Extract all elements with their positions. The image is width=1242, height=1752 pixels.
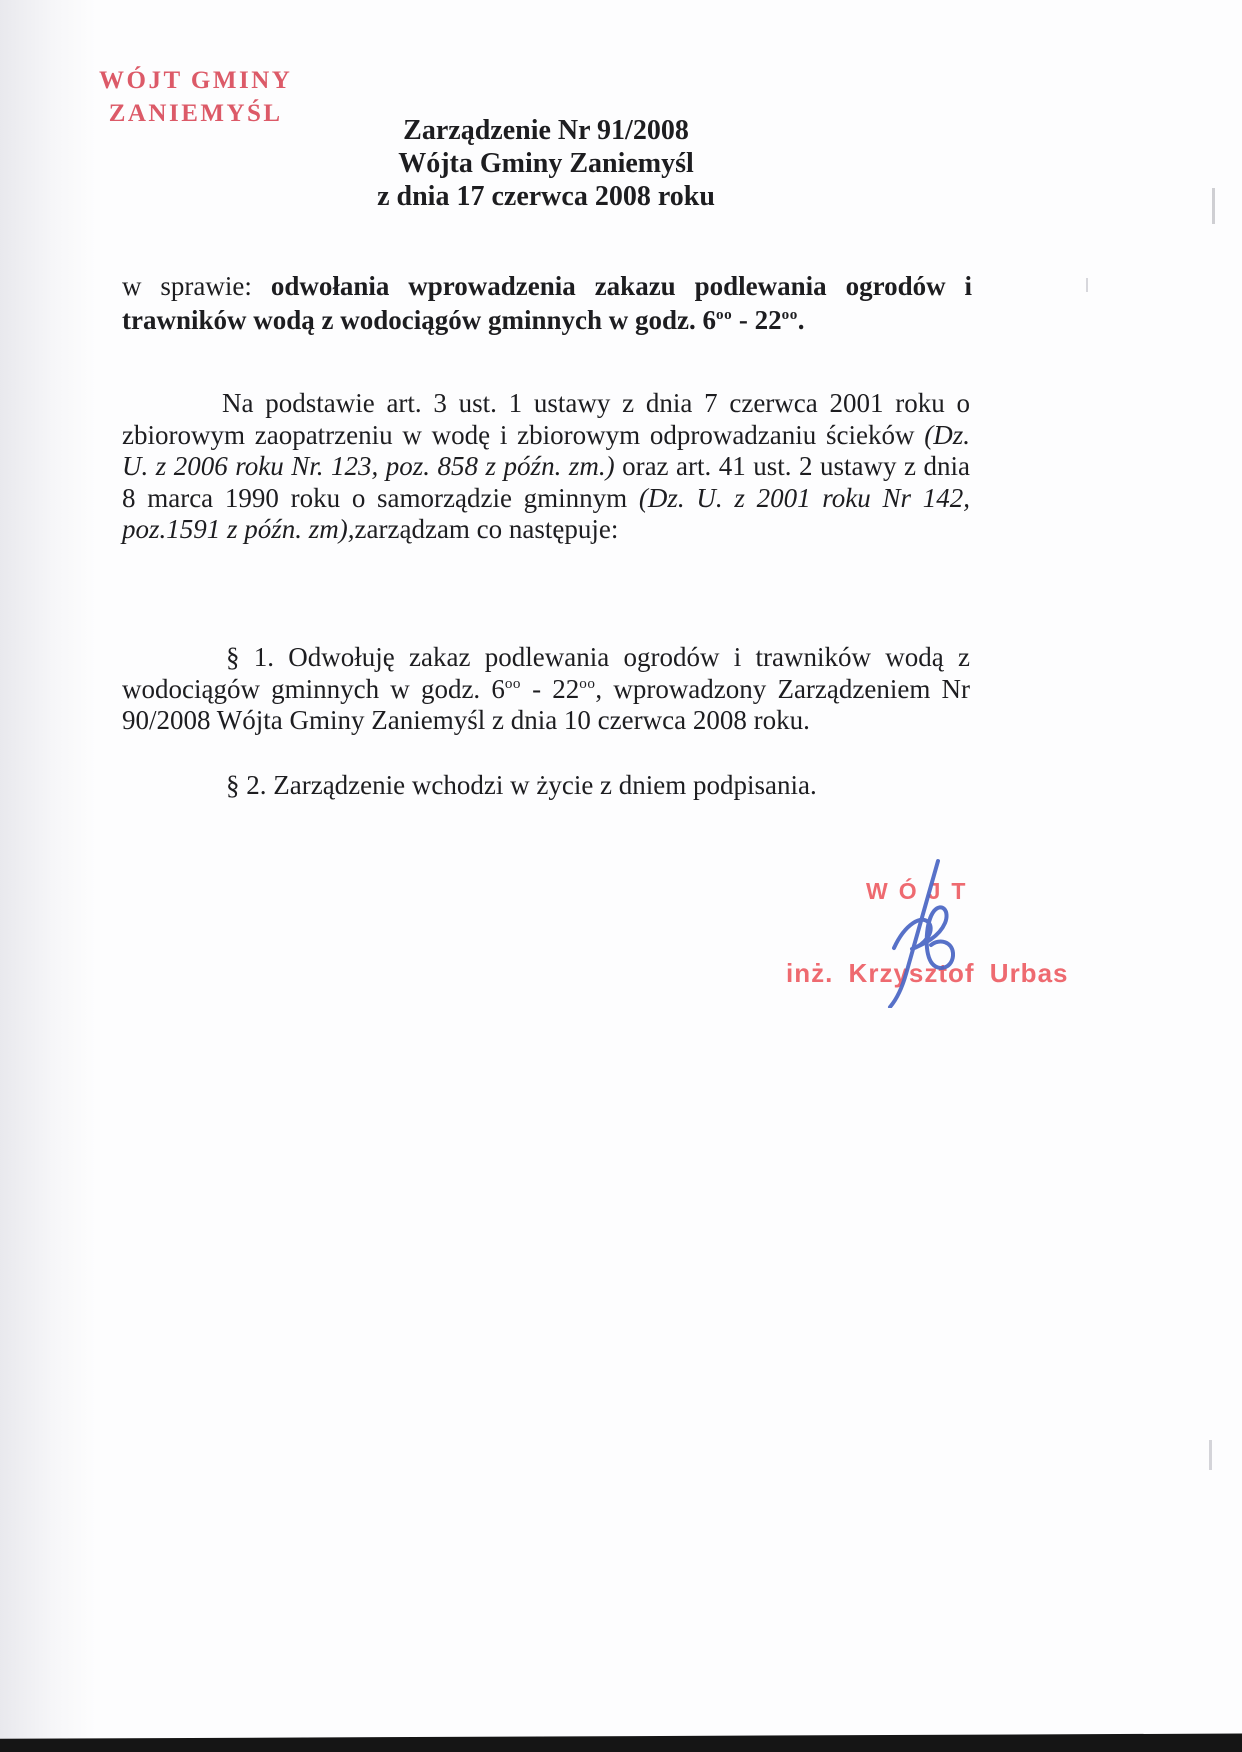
stamp-line-1: WÓJT GMINY — [99, 64, 292, 97]
title-line-1: Zarządzenie Nr 91/2008 — [122, 114, 970, 147]
scan-edge-shade — [0, 0, 96, 1752]
title-line-2: Wójta Gminy Zaniemyśl — [122, 147, 970, 180]
title-line-3: z dnia 17 czerwca 2008 roku — [122, 180, 970, 213]
paragraph-1: § 1. Odwołuję zakaz podlewania ogrodów i… — [122, 642, 970, 737]
scan-artifact — [1086, 278, 1088, 292]
paragraph-2: § 2. Zarządzenie wchodzi w życie z dniem… — [122, 770, 970, 802]
document-title: Zarządzenie Nr 91/2008 Wójta Gminy Zanie… — [122, 114, 970, 213]
legal-basis-paragraph: Na podstawie art. 3 ust. 1 ustawy z dnia… — [122, 388, 970, 546]
legal-basis-seg-1: Na podstawie art. 3 ust. 1 ustawy z dnia… — [122, 388, 970, 450]
scan-artifact — [1212, 188, 1215, 224]
signatory-name: inż. Krzysztof Urbas — [786, 958, 1069, 989]
scan-edge-band — [0, 1730, 1242, 1752]
subject-bold-part-2: - 22 — [732, 305, 782, 335]
hours-superscript: oo — [716, 307, 732, 323]
subject-paragraph: w sprawie: odwołania wprowadzenia zakazu… — [122, 269, 972, 337]
scanned-document: WÓJT GMINY ZANIEMYŚL Zarządzenie Nr 91/2… — [0, 0, 1242, 1752]
scan-artifact — [1209, 1440, 1212, 1470]
subject-bold-part-3: . — [798, 305, 805, 335]
hours-superscript: oo — [505, 676, 521, 692]
paragraph-1-seg-2: - 22 — [521, 674, 579, 704]
subject-label: w sprawie: — [122, 271, 271, 301]
hours-superscript: oo — [579, 676, 595, 692]
legal-basis-seg-5: zarządzam co następuje: — [355, 514, 619, 544]
hours-superscript: oo — [782, 307, 798, 323]
signature-title: WÓJT — [866, 878, 976, 905]
